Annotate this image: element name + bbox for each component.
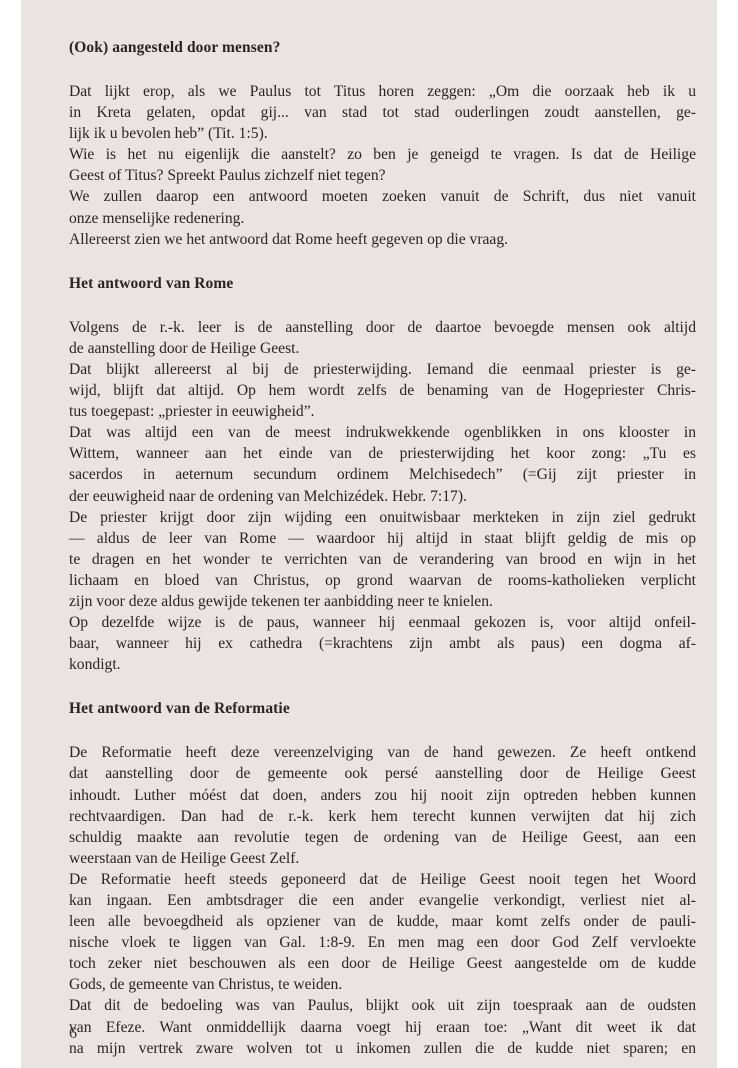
- text-line: der eeuwigheid naar de ordening van Melc…: [69, 486, 696, 507]
- section-heading: Het antwoord van de Reformatie: [69, 698, 696, 720]
- book-page: (Ook) aangesteld door mensen?Dat lijkt e…: [21, 0, 717, 1068]
- text-line: Dat lijkt erop, als we Paulus tot Titus …: [69, 81, 696, 102]
- text-line: Dat dit de bedoeling was van Paulus, bli…: [69, 995, 696, 1016]
- paragraph: De priester krijgt door zijn wijding een…: [69, 507, 696, 612]
- text-line: toch zeker niet beschouwen als een door …: [69, 953, 696, 974]
- paragraph: We zullen daarop een antwoord moeten zoe…: [69, 186, 696, 228]
- text-line: in Kreta gelaten, opdat gij... van stad …: [69, 102, 696, 123]
- paragraph: Dat lijkt erop, als we Paulus tot Titus …: [69, 81, 696, 144]
- paragraph: Wie is het nu eigenlijk die aanstelt? zo…: [69, 144, 696, 186]
- paragraph: Dat blijkt allereerst al bij de priester…: [69, 359, 696, 422]
- text-line: onze menselijke redenering.: [69, 208, 696, 229]
- text-line: De priester krijgt door zijn wijding een…: [69, 507, 696, 528]
- page-number: 6: [69, 1025, 77, 1043]
- heading-spacer: [69, 720, 696, 742]
- text-line: Geest of Titus? Spreekt Paulus zichzelf …: [69, 165, 696, 186]
- text-line: Dat blijkt allereerst al bij de priester…: [69, 359, 696, 380]
- text-line: Dat was altijd een van de meest indrukwe…: [69, 422, 696, 443]
- paragraph: Op dezelfde wijze is de paus, wanneer hi…: [69, 612, 696, 675]
- section-heading: Het antwoord van Rome: [69, 273, 696, 295]
- text-line: leen alle bevoegdheid als opziener van d…: [69, 911, 696, 932]
- heading-spacer: [69, 59, 696, 81]
- text-line: Wittem, wanneer aan het einde van de pri…: [69, 443, 696, 464]
- text-line: lijk ik u bevolen heb” (Tit. 1:5).: [69, 123, 696, 144]
- text-line: weerstaan van de Heilige Geest Zelf.: [69, 848, 696, 869]
- text-line: te dragen en het wonder te verrichten va…: [69, 549, 696, 570]
- text-line: Volgens de r.-k. leer is de aanstelling …: [69, 317, 696, 338]
- text-line: schuldig maakte aan revolutie tegen de o…: [69, 827, 696, 848]
- section-spacer: [69, 675, 696, 698]
- text-line: inhoudt. Luther móést dat doen, anders z…: [69, 785, 696, 806]
- page-content: (Ook) aangesteld door mensen?Dat lijkt e…: [69, 37, 696, 1059]
- text-line: Gods, de gemeente van Christus, te weide…: [69, 974, 696, 995]
- paragraph: Allereerst zien we het antwoord dat Rome…: [69, 229, 696, 250]
- paragraph: Volgens de r.-k. leer is de aanstelling …: [69, 317, 696, 359]
- text-line: tus toegepast: „priester in eeuwigheid”.: [69, 401, 696, 422]
- paragraph: De Reformatie heeft steeds geponeerd dat…: [69, 869, 696, 996]
- text-line: De Reformatie heeft deze vereenzelviging…: [69, 742, 696, 763]
- text-line: De Reformatie heeft steeds geponeerd dat…: [69, 869, 696, 890]
- paragraph: Dat was altijd een van de meest indrukwe…: [69, 422, 696, 506]
- text-line: zijn voor deze aldus gewijde tekenen ter…: [69, 591, 696, 612]
- text-line: kondigt.: [69, 654, 696, 675]
- text-line: Allereerst zien we het antwoord dat Rome…: [69, 229, 696, 250]
- text-line: rechtvaardigen. Dan had de r.-k. kerk he…: [69, 806, 696, 827]
- text-line: We zullen daarop een antwoord moeten zoe…: [69, 186, 696, 207]
- text-line: van Efeze. Want onmiddellijk daarna voeg…: [69, 1017, 696, 1038]
- text-line: kan ingaan. Een ambtsdrager die een ande…: [69, 890, 696, 911]
- text-line: na mijn vertrek zware wolven tot u inkom…: [69, 1038, 696, 1059]
- text-line: lichaam en bloed van Christus, op grond …: [69, 570, 696, 591]
- section-heading: (Ook) aangesteld door mensen?: [69, 37, 696, 59]
- section-spacer: [69, 250, 696, 273]
- text-line: sacerdos in aeternum secundum ordinem Me…: [69, 464, 696, 485]
- text-line: baar, wanneer hij ex cathedra (=krachten…: [69, 633, 696, 654]
- text-line: — aldus de leer van Rome — waardoor hij …: [69, 528, 696, 549]
- text-line: wijd, blijft dat altijd. Op hem wordt ze…: [69, 380, 696, 401]
- text-line: de aanstelling door de Heilige Geest.: [69, 338, 696, 359]
- heading-spacer: [69, 295, 696, 317]
- text-line: Wie is het nu eigenlijk die aanstelt? zo…: [69, 144, 696, 165]
- text-line: Op dezelfde wijze is de paus, wanneer hi…: [69, 612, 696, 633]
- text-line: dat aanstelling door de gemeente ook per…: [69, 763, 696, 784]
- paragraph: Dat dit de bedoeling was van Paulus, bli…: [69, 995, 696, 1058]
- text-line: nische vloek te liggen van Gal. 1:8-9. E…: [69, 932, 696, 953]
- paragraph: De Reformatie heeft deze vereenzelviging…: [69, 742, 696, 869]
